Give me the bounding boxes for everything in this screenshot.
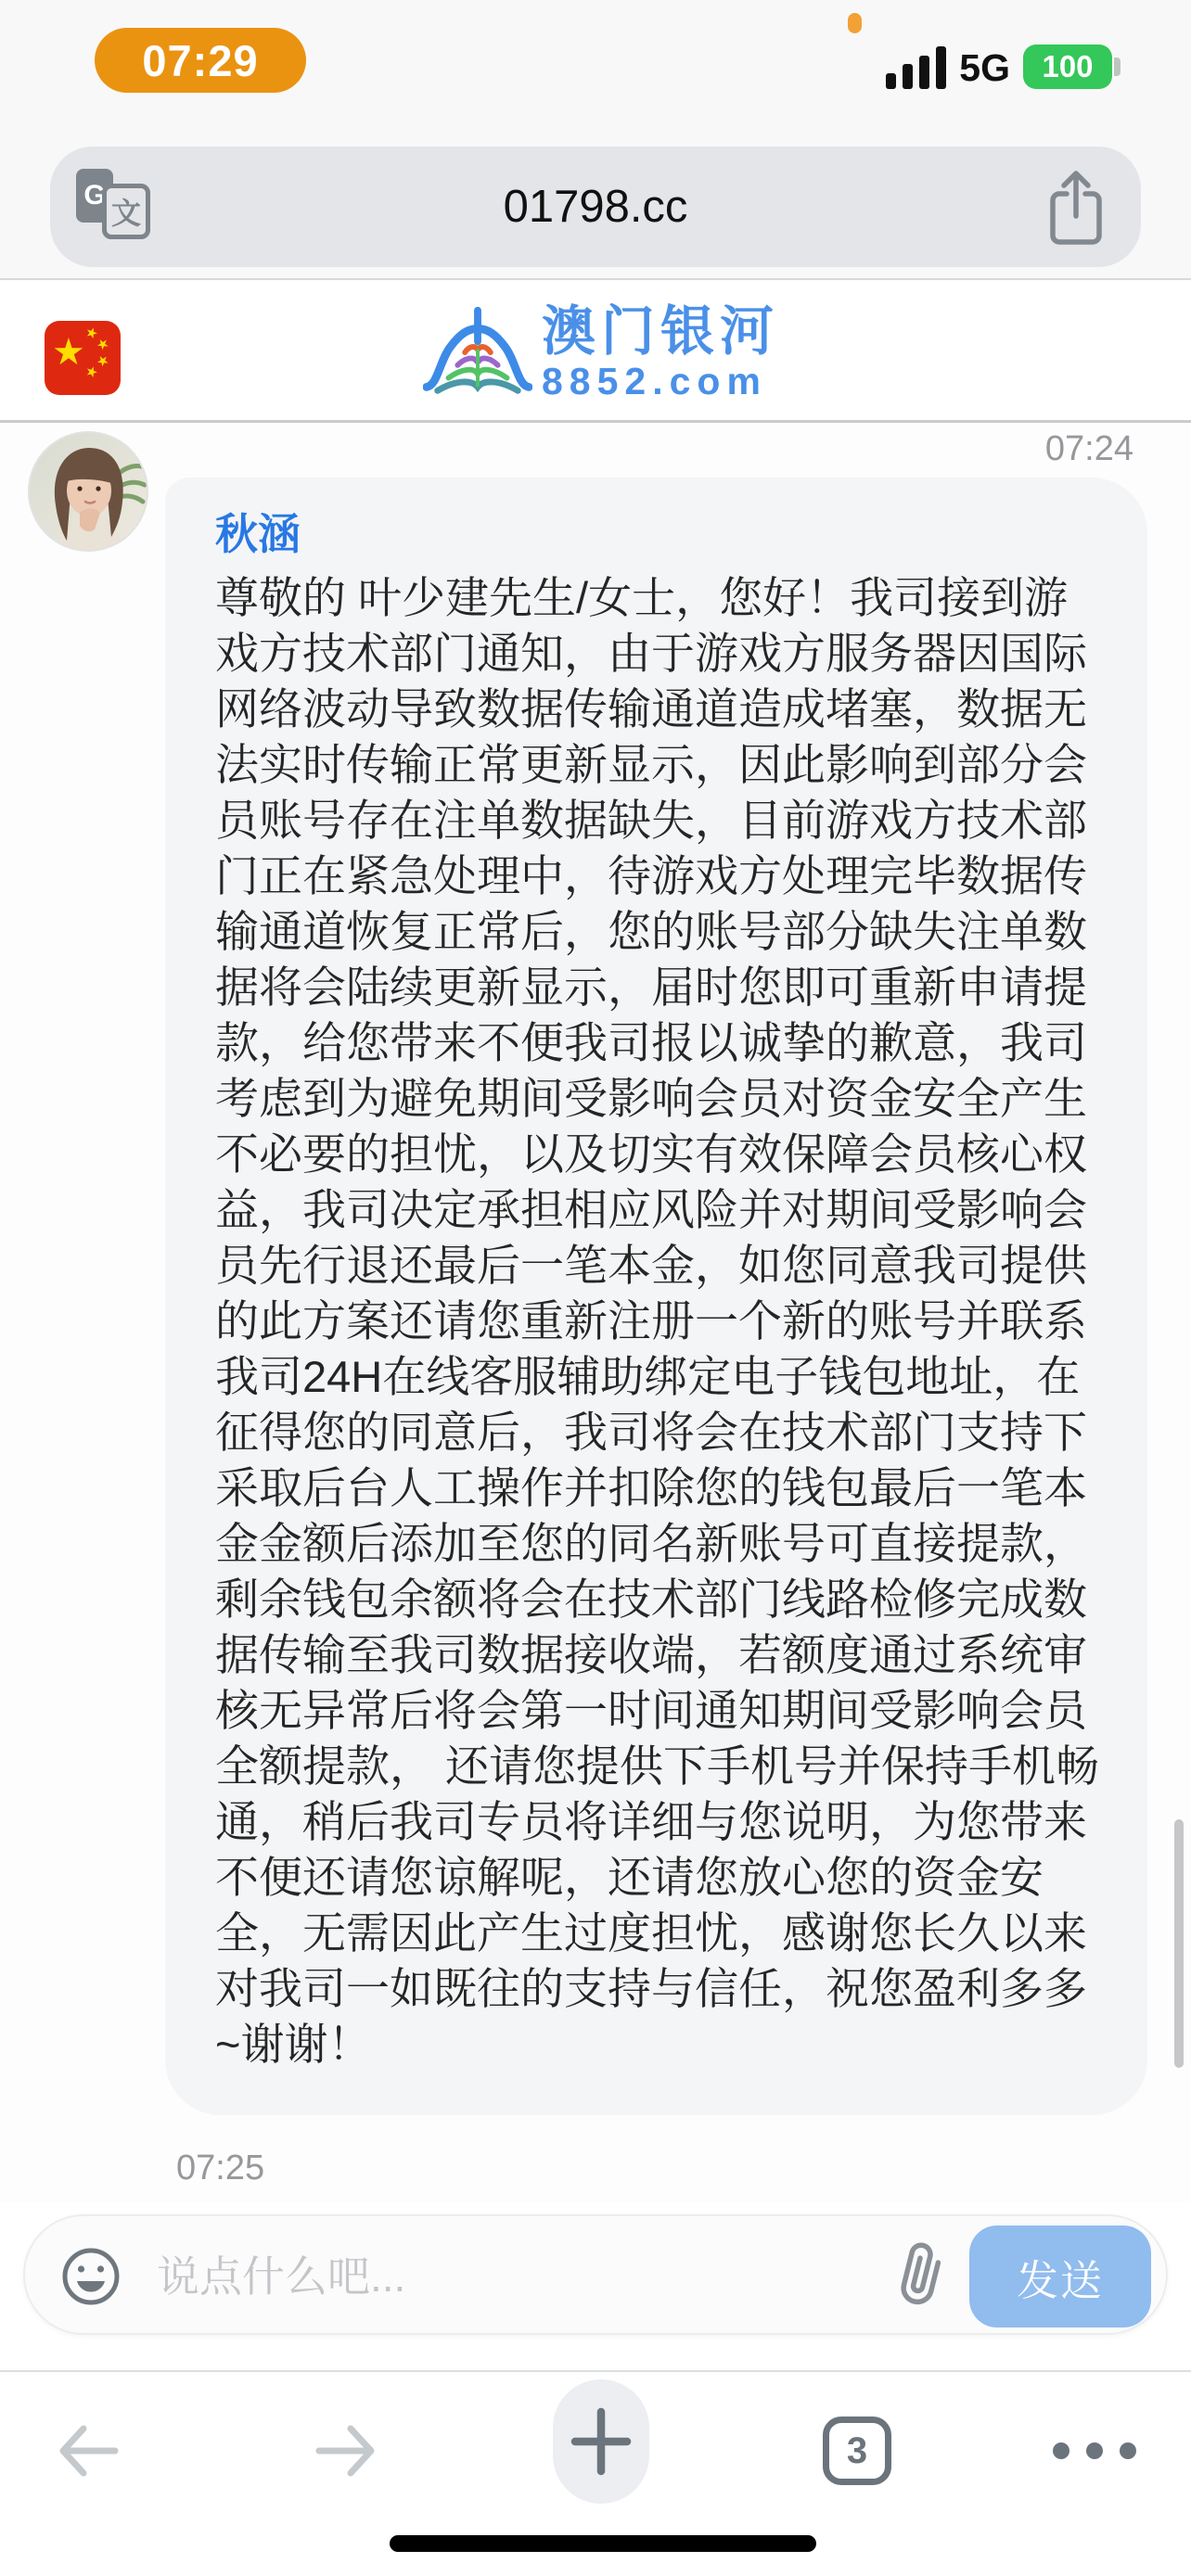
- emoji-icon[interactable]: [58, 2244, 123, 2309]
- chat-area: 07:24 秋涵 尊敬的 叶: [0, 426, 1191, 2202]
- scrollbar-thumb[interactable]: [1174, 1819, 1184, 2068]
- status-time-pill: 07:29: [95, 28, 306, 93]
- url-text[interactable]: 01798.cc: [50, 147, 1141, 267]
- forward-button[interactable]: [289, 2391, 401, 2511]
- mic-indicator-dot: [848, 13, 862, 33]
- more-dots-icon: [1053, 2442, 1136, 2459]
- status-time: 07:29: [142, 35, 258, 86]
- china-flag-icon: ★★★★★: [45, 321, 121, 395]
- message-bubble: 秋涵 尊敬的 叶少建先生/女士，您好！我司接到游戏方技术部门通知，由于游戏方服务…: [165, 478, 1147, 2115]
- sender-name: 秋涵: [215, 505, 1099, 563]
- composer-pill: 发送: [23, 2214, 1168, 2335]
- home-indicator[interactable]: [390, 2535, 816, 2552]
- battery-icon: 100: [1023, 45, 1112, 89]
- new-tab-button[interactable]: [545, 2379, 657, 2504]
- message-input[interactable]: [155, 2235, 767, 2318]
- avatar[interactable]: [28, 431, 148, 552]
- phone-screen: 07:29 5G 100 G 文 01798.cc ★★★★★: [0, 0, 1191, 2576]
- brand-book-icon: [423, 302, 532, 402]
- tabs-icon: 3: [823, 2417, 891, 2485]
- battery-percent: 100: [1042, 49, 1093, 84]
- tab-count: 3: [847, 2430, 867, 2472]
- signal-strength-icon: [886, 46, 946, 89]
- battery-tip: [1114, 57, 1121, 76]
- back-arrow-icon: [56, 2421, 122, 2480]
- plus-icon: [568, 2406, 634, 2477]
- message-timestamp: 07:24: [1045, 429, 1133, 469]
- message-sent-timestamp: 07:25: [176, 2149, 264, 2188]
- site-logo[interactable]: 澳门银河 8852.com: [423, 302, 779, 402]
- share-icon[interactable]: [1046, 167, 1106, 247]
- send-button[interactable]: 发送: [969, 2225, 1151, 2327]
- browser-toolbar: 3: [0, 2374, 1191, 2576]
- toolbar-more-button[interactable]: [1039, 2391, 1150, 2511]
- brand-domain: 8852.com: [542, 362, 767, 401]
- browser-top-chrome: 07:29 5G 100 G 文 01798.cc: [0, 0, 1191, 280]
- forward-arrow-icon: [312, 2421, 378, 2480]
- network-type-label: 5G: [959, 46, 1010, 89]
- brand-name: 澳门银河: [542, 304, 779, 360]
- site-header: ★★★★★ 澳门银河 8852.com: [0, 282, 1191, 423]
- tabs-button[interactable]: 3: [801, 2391, 913, 2511]
- composer-bar: 发送: [0, 2202, 1191, 2372]
- address-bar[interactable]: G 文 01798.cc: [50, 147, 1141, 267]
- message-text: 尊敬的 叶少建先生/女士，您好！我司接到游戏方技术部门通知，由于游戏方服务器因国…: [215, 570, 1101, 2072]
- back-button[interactable]: [33, 2391, 145, 2511]
- paperclip-icon[interactable]: [888, 2240, 954, 2315]
- status-right-cluster: 5G 100: [886, 43, 1112, 89]
